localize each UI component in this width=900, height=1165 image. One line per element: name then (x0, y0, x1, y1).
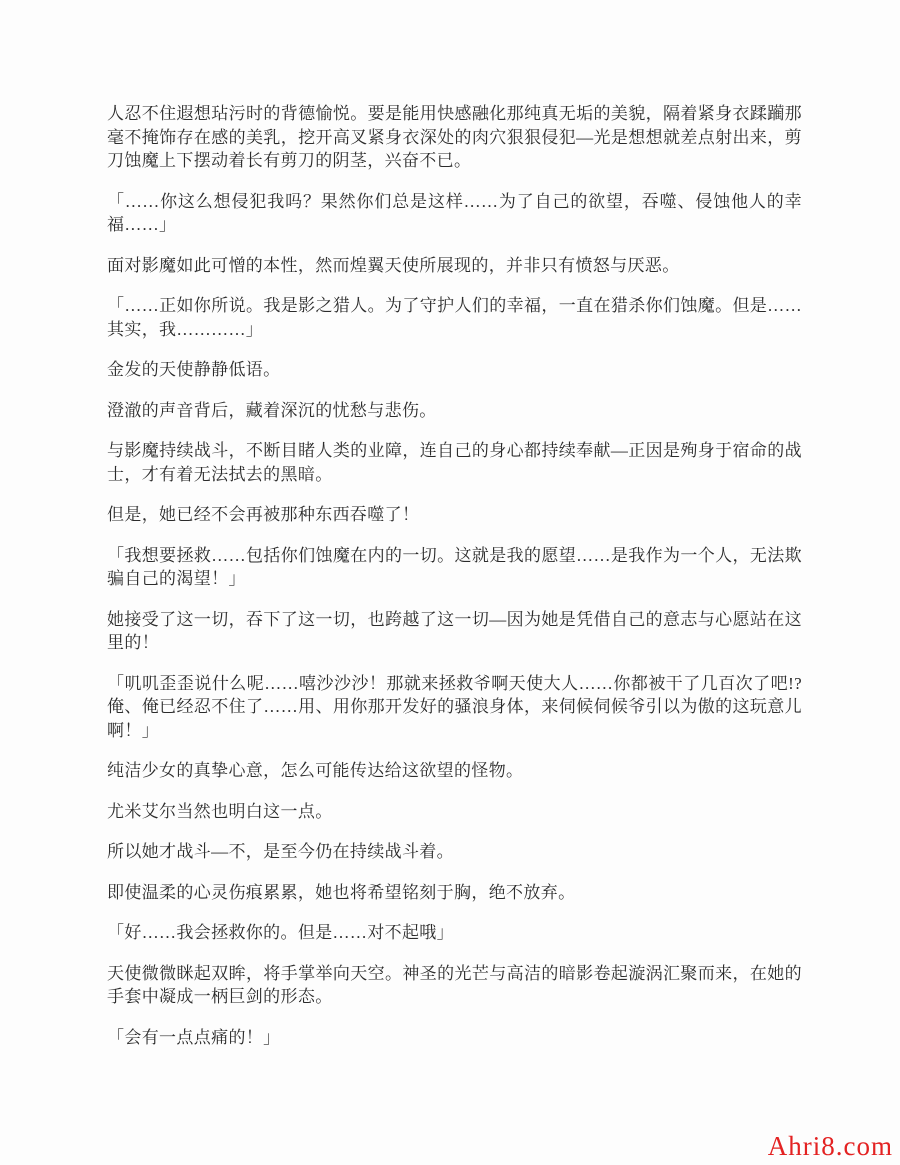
paragraph: 与影魔持续战斗，不断目睹人类的业障，连自己的身心都持续奉献—正因是殉身于宿命的战… (107, 439, 802, 486)
paragraph: 尤米艾尔当然也明白这一点。 (107, 800, 802, 824)
paragraph: 面对影魔如此可憎的本性，然而煌翼天使所展现的，并非只有愤怒与厌恶。 (107, 254, 802, 278)
paragraph: 所以她才战斗—不，是至今仍在持续战斗着。 (107, 840, 802, 864)
paragraph: 天使微微眯起双眸，将手掌举向天空。神圣的光芒与高洁的暗影卷起漩涡汇聚而来，在她的… (107, 962, 802, 1009)
paragraph: 「好……我会拯救你的。但是……对不起哦」 (107, 921, 802, 945)
watermark-text: Ahri8.com (768, 1131, 893, 1161)
paragraph: 但是，她已经不会再被那种东西吞噬了！ (107, 503, 802, 527)
text-content: 人忍不住遐想玷污时的背德愉悦。要是能用快感融化那纯真无垢的美貌，隔着紧身衣蹂躏那… (107, 102, 802, 1049)
paragraph: 她接受了这一切，吞下了这一切，也跨越了这一切—因为她是凭借自己的意志与心愿站在这… (107, 608, 802, 655)
paragraph: 纯洁少女的真挚心意，怎么可能传达给这欲望的怪物。 (107, 759, 802, 783)
paragraph: 即使温柔的心灵伤痕累累，她也将希望铭刻于胸，绝不放弃。 (107, 881, 802, 905)
paragraph: 「会有一点点痛的！」 (107, 1026, 802, 1050)
paragraph: 澄澈的声音背后，藏着深沉的忧愁与悲伤。 (107, 399, 802, 423)
paragraph: 金发的天使静静低语。 (107, 358, 802, 382)
document-page: 人忍不住遐想玷污时的背德愉悦。要是能用快感融化那纯真无垢的美貌，隔着紧身衣蹂躏那… (107, 102, 802, 1066)
paragraph: 「……正如你所说。我是影之猎人。为了守护人们的幸福，一直在猎杀你们蚀魔。但是……… (107, 294, 802, 341)
paragraph: 「……你这么想侵犯我吗？果然你们总是这样……为了自己的欲望，吞噬、侵蚀他人的幸福… (107, 190, 802, 237)
paragraph: 「叽叽歪歪说什么呢……嘻沙沙沙！那就来拯救爷啊天使大人……你都被干了几百次了吧!… (107, 672, 802, 743)
paragraph: 人忍不住遐想玷污时的背德愉悦。要是能用快感融化那纯真无垢的美貌，隔着紧身衣蹂躏那… (107, 102, 802, 173)
paragraph: 「我想要拯救……包括你们蚀魔在内的一切。这就是我的愿望……是我作为一个人，无法欺… (107, 544, 802, 591)
page: { "page": { "background": "#fdfdfd", "te… (0, 0, 900, 1165)
